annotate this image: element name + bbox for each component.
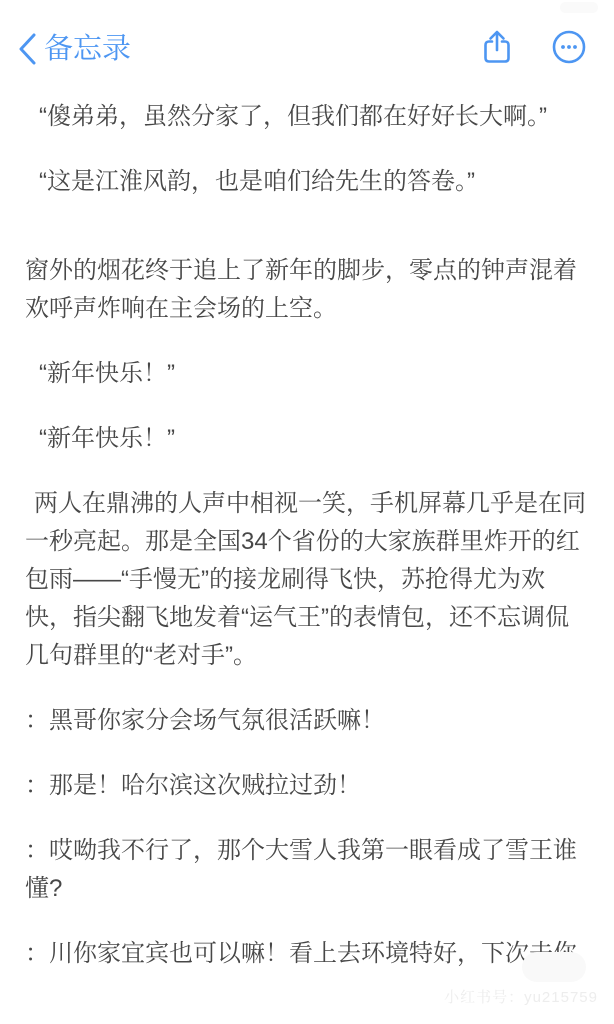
note-paragraph[interactable]: “新年快乐！” [25,355,589,393]
note-paragraph[interactable]: 两人在鼎沸的人声中相视一笑，手机屏幕几乎是在同一秒亮起。那是全国34个省份的大家… [25,485,589,675]
note-paragraph[interactable]: 窗外的烟花终于追上了新年的脚步，零点的钟声混着欢呼声炸响在主会场的上空。 [25,252,589,328]
note-body[interactable]: “傻弟弟，虽然分家了，但我们都在好好长大啊。” “这是江淮风韵，也是咱们给先生的… [0,68,614,973]
nav-bar: 备忘录 [0,0,614,68]
note-paragraph[interactable]: ：川你家宜宾也可以嘛！看上去环境特好，下次去你 [25,935,589,973]
note-paragraph[interactable]: ：黑哥你家分会场气氛很活跃嘛！ [25,702,589,740]
watermark-logo [522,952,586,982]
back-chevron-icon [18,32,37,66]
note-paragraph[interactable]: ：哎呦我不行了，那个大雪人我第一眼看成了雪王谁懂? [25,832,589,908]
back-button[interactable]: 备忘录 [18,32,131,66]
more-options-icon[interactable] [551,29,587,70]
note-paragraph[interactable]: “这是江淮风韵，也是咱们给先生的答卷。” [25,163,589,201]
back-button-label: 备忘录 [44,32,131,66]
watermark-text: 小红书号：yu215759 [444,986,598,1007]
note-paragraph[interactable]: ：那是！哈尔滨这次贼拉过劲！ [25,767,589,805]
watermark-fragment [560,2,598,13]
notes-app-screen: 备忘录 “傻弟弟，虽然分家了，但我们都在好好长大啊。” [0,0,614,1024]
note-paragraph[interactable]: “傻弟弟，虽然分家了，但我们都在好好长大啊。” [25,98,589,136]
note-paragraph[interactable]: “新年快乐！” [25,420,589,458]
nav-actions [480,29,587,70]
share-icon[interactable] [480,29,514,70]
